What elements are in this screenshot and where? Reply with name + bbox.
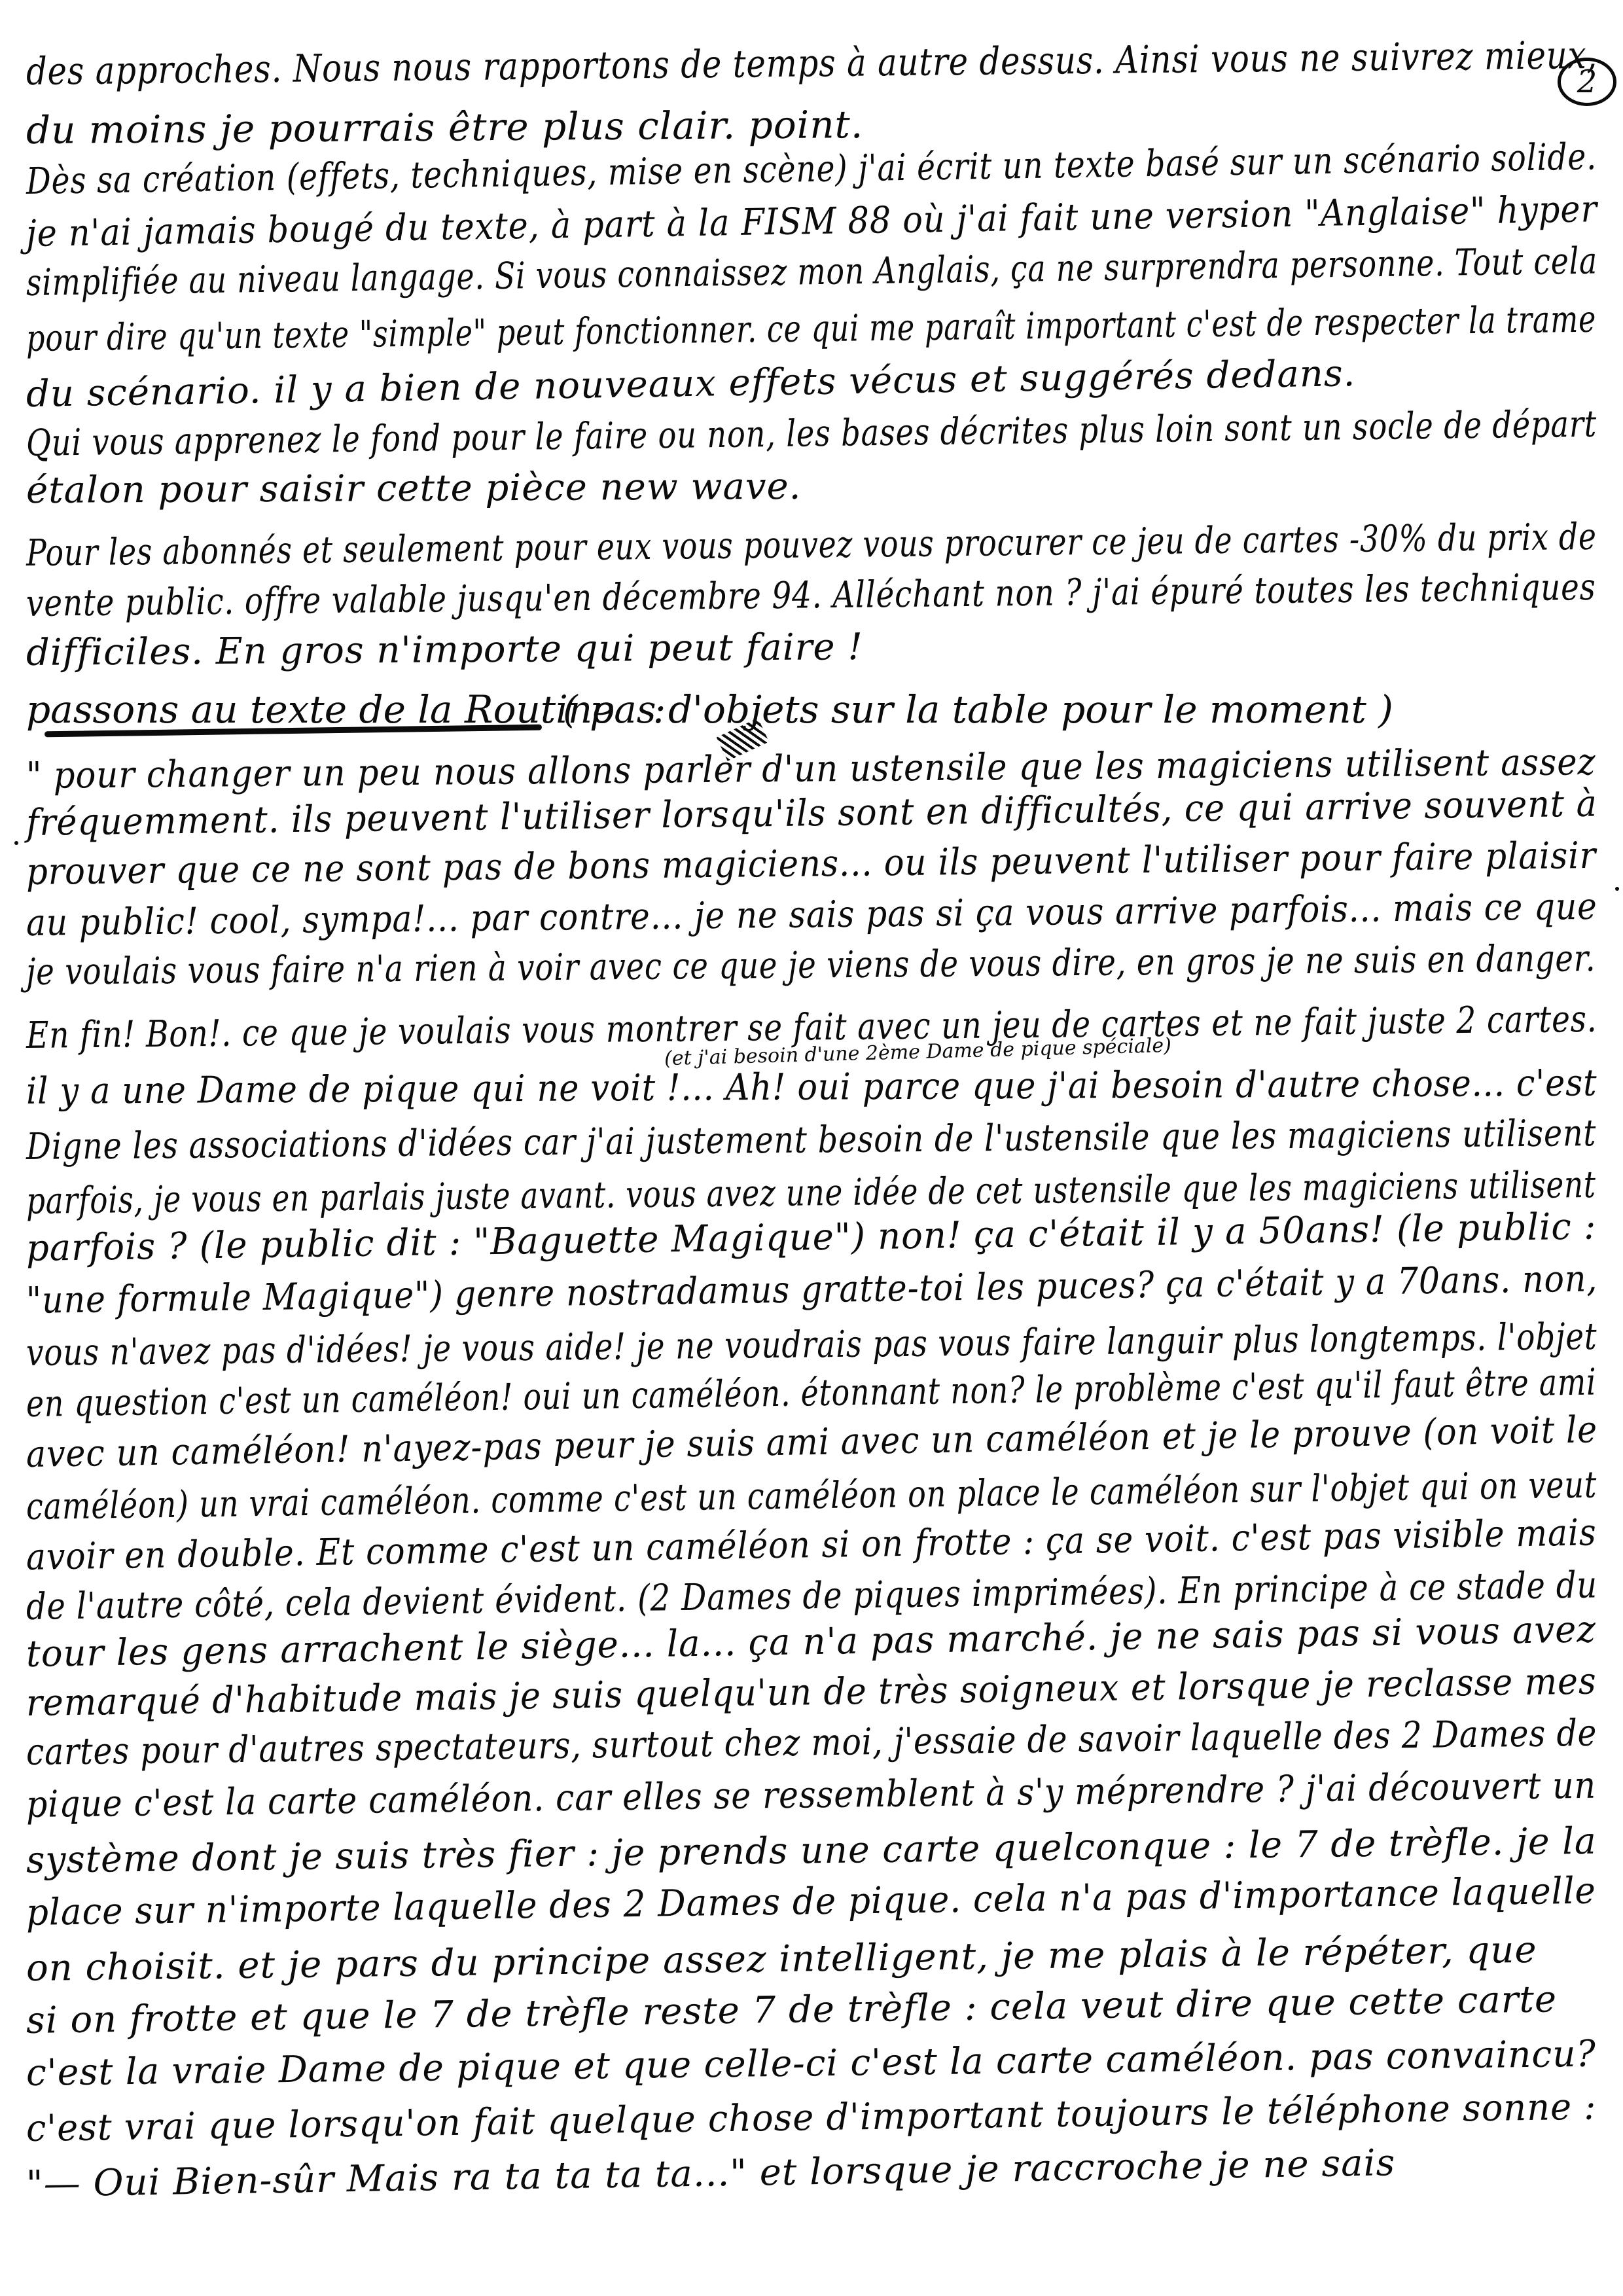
text-line: Qui vous apprenez le fond pour le faire … [26,406,1597,462]
text-line: vente public. offre valable jusqu'en déc… [26,569,1596,622]
text-line: "— Oui Bien-sûr Mais ra ta ta ta ta..." … [26,2145,1396,2203]
text-line: du scénario. il y a bien de nouveaux eff… [26,355,1356,413]
text-line: prouver que ce ne sont pas de bons magic… [26,838,1596,891]
text-line: on choisit. et je pars du principe assez… [26,1932,1537,1987]
ink-speck [1615,887,1619,891]
text-line: cartes pour d'autres spectateurs, surtou… [26,1715,1597,1771]
text-line: "une formule Magique") genre nostradamus… [26,1261,1598,1319]
text-line: pour dire qu'un texte "simple" peut fonc… [26,302,1597,357]
text-line: si on frotte et que le 7 de trèfle reste… [26,1981,1558,2039]
text-line: simplifiée au niveau langage. Si vous co… [26,243,1598,302]
text-line: remarqué d'habitude mais je suis quelqu'… [26,1663,1597,1722]
text-line: c'est vrai que lorsqu'on fait quelque ch… [26,2089,1597,2147]
text-line: Digne les associations d'idées car j'ai … [26,1115,1597,1166]
text-line: je voulais vous faire n'a rien à voir av… [26,941,1596,991]
text-line: pique c'est la carte caméléon. car elles… [26,1768,1597,1823]
text-line: Pour les abonnés et seulement pour eux v… [26,519,1597,572]
text-line: c'est la vraie Dame de pique et que cell… [26,2036,1597,2092]
text-line: système dont je suis très fier : je pren… [26,1823,1597,1879]
text-line: au public! cool, sympa!... par contre...… [26,889,1597,942]
text-line: place sur n'importe laquelle des 2 Dames… [26,1873,1597,1931]
text-line: des approches. Nous nous rapportons de t… [26,36,1598,90]
ink-speck [14,841,18,845]
handwritten-page: 2 des approches. Nous nous rapportons de… [0,0,1623,2296]
section-heading-aside: ( pas d'objets sur la table pour le mome… [563,687,1393,732]
text-line: du moins je pourrais être plus clair. po… [26,105,864,149]
text-line: difficiles. En gros n'importe qui peut f… [26,629,863,672]
text-line: il y a une Dame de pique qui ne voit !..… [26,1065,1597,1110]
text-line: étalon pour saisir cette pièce new wave. [26,469,802,509]
